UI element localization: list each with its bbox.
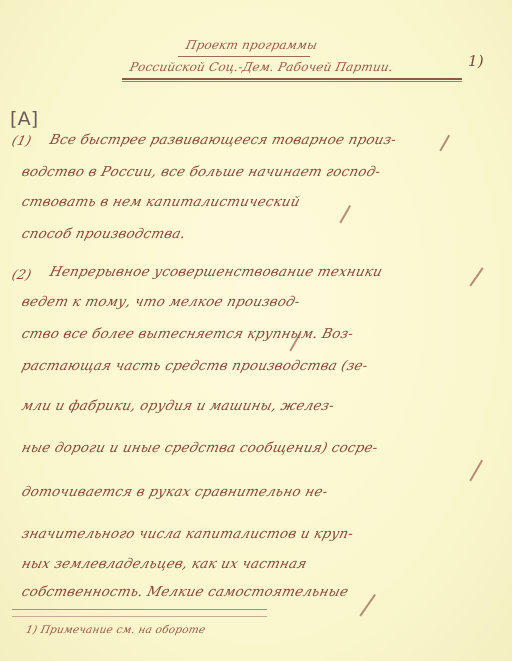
paragraph-number: (1) bbox=[10, 134, 33, 149]
footnote-separator bbox=[12, 609, 267, 610]
footnote: 1) Примечание см. на обороте bbox=[25, 624, 207, 636]
manuscript-line: Непрерывное усовершенствование техники bbox=[48, 264, 384, 280]
title-line-2: Российской Соц.-Дем. Рабочей Партии. bbox=[129, 60, 395, 74]
manuscript-line: ствовать в нем капиталистический bbox=[20, 194, 302, 210]
manuscript-page: Проект программы Российской Соц.-Дем. Ра… bbox=[0, 0, 512, 661]
page-number: 1) bbox=[468, 52, 484, 70]
title-underline bbox=[178, 56, 310, 57]
manuscript-line: Все быстрее развивающееся товарное произ… bbox=[48, 132, 398, 148]
manuscript-line: растающая часть средств производства (зе… bbox=[20, 358, 369, 374]
manuscript-line: ведет к тому, что мелкое производ- bbox=[20, 294, 302, 310]
manuscript-line: мли и фабрики, орудия и машины, желез- bbox=[20, 398, 336, 414]
manuscript-line: ных землевладельцев, как их частная bbox=[20, 556, 309, 572]
title-line-1: Проект программы bbox=[185, 38, 319, 52]
pen-stroke bbox=[339, 205, 350, 223]
manuscript-line: водство в России, все больше начинает го… bbox=[20, 164, 382, 180]
pen-stroke bbox=[469, 460, 482, 482]
title-double-underline-bottom bbox=[122, 81, 462, 82]
pen-stroke bbox=[469, 267, 483, 286]
section-marker: [A] bbox=[10, 108, 38, 130]
pen-stroke bbox=[359, 594, 375, 616]
manuscript-line: способ производства. bbox=[20, 226, 187, 242]
manuscript-line: собственность. Мелкие самостоятельные bbox=[20, 584, 350, 600]
manuscript-line: доточивается в руках сравнительно не- bbox=[20, 484, 329, 500]
manuscript-line: значительного числа капиталистов и круп- bbox=[20, 526, 355, 542]
manuscript-line: ные дороги и иные средства сообщения) со… bbox=[20, 440, 379, 456]
manuscript-line: ство все более вытесняется крупным. Воз- bbox=[20, 326, 355, 342]
pen-stroke bbox=[439, 135, 449, 151]
paragraph-number: (2) bbox=[10, 268, 33, 283]
footnote-separator-2 bbox=[12, 616, 267, 617]
title-double-underline-top bbox=[122, 78, 462, 80]
